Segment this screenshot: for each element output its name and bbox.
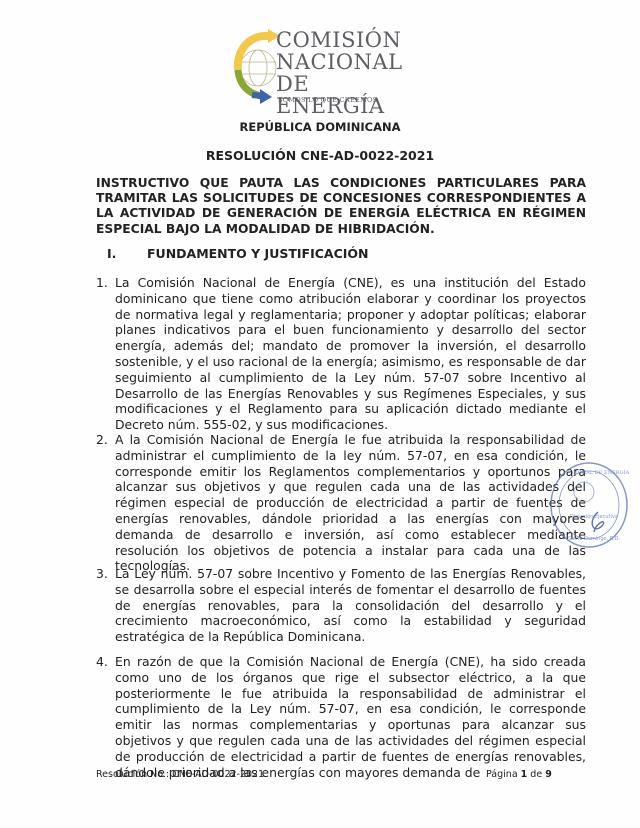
paragraph-1: 1. La Comisión Nacional de Energía (CNE)… xyxy=(96,275,586,433)
section-heading: I.FUNDAMENTO Y JUSTIFICACIÓN xyxy=(107,246,368,261)
paragraph-3: 3. La Ley núm. 57-07 sobre Incentivo y F… xyxy=(96,566,586,645)
paragraph-text: A la Comisión Nacional de Energía le fue… xyxy=(115,432,586,574)
section-number: I. xyxy=(107,246,147,261)
logo-line-2: NACIONAL DE xyxy=(276,51,420,95)
globe-arrow-icon xyxy=(230,26,280,108)
paragraph-number: 1. xyxy=(96,275,108,291)
paragraph-text: En razón de que la Comisión Nacional de … xyxy=(115,654,586,780)
stamp-middle: Dirección Ejecutiva xyxy=(570,513,618,520)
logo-line-1: COMISIÓN xyxy=(276,29,420,51)
footer-page-number: Página 1 de 9 xyxy=(486,769,552,780)
total-pages: 9 xyxy=(545,769,552,780)
page-label: Página xyxy=(486,769,521,780)
resolution-heading: RESOLUCIÓN CNE-AD-0022-2021 xyxy=(0,148,640,163)
cne-logo: COMISIÓN NACIONAL DE ENERGÍA SOMOS LO QU… xyxy=(230,26,420,108)
stamp-bottom: Santo Domingo, R.D. xyxy=(568,536,621,542)
country-heading: REPÚBLICA DOMINICANA xyxy=(0,120,640,134)
official-seal-stamp: Dirección Ejecutiva Santo Domingo, R.D. … xyxy=(548,460,630,550)
document-title: INSTRUCTIVO QUE PAUTA LAS CONDICIONES PA… xyxy=(96,176,586,237)
paragraph-number: 2. xyxy=(96,432,108,448)
stamp-top: CIONAL DE ENERGÍA xyxy=(572,469,629,476)
paragraph-number: 4. xyxy=(96,654,108,670)
paragraph-2: 2. A la Comisión Nacional de Energía le … xyxy=(96,432,586,574)
section-title: FUNDAMENTO Y JUSTIFICACIÓN xyxy=(147,246,368,261)
logo-tagline: SOMOS LO QUE CREEMOS xyxy=(278,96,377,104)
paragraph-text: La Comisión Nacional de Energía (CNE), e… xyxy=(115,275,586,433)
paragraph-text: La Ley núm. 57-07 sobre Incentivo y Fome… xyxy=(115,566,586,645)
page-of-label: de xyxy=(527,769,545,780)
paragraph-number: 3. xyxy=(96,566,108,582)
footer-resolution: Resolución No.: CNE-AD-0022-2021 xyxy=(96,769,264,780)
paragraph-4: 4. En razón de que la Comisión Nacional … xyxy=(96,654,586,780)
